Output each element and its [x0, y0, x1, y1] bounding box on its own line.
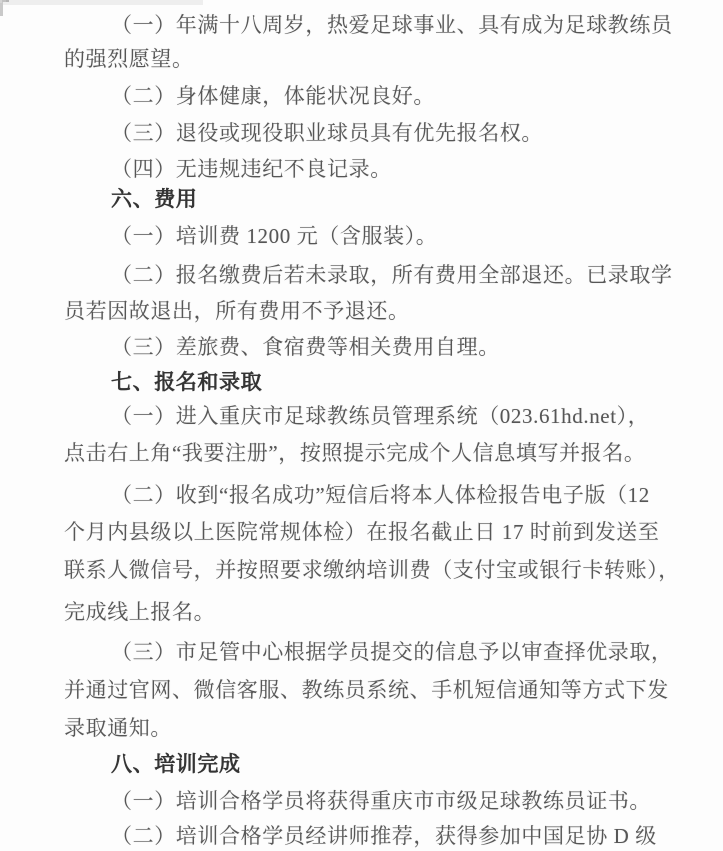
text-line-requirement-3: （三）退役或现役职业球员具有优先报名权。	[64, 115, 543, 151]
text-line-registration-1a: （一）进入重庆市足球教练员管理系统（023.61hd.net），	[64, 398, 649, 434]
section-heading-fees: 六、费用	[64, 182, 197, 218]
text-line-requirement-1a: （一）年满十八周岁，热爱足球事业、具有成为足球教练员	[64, 7, 673, 43]
text-line-registration-2c: 联系人微信号，并按照要求缴纳培训费（支付宝或银行卡转账），	[64, 552, 680, 588]
section-heading-registration: 七、报名和录取	[64, 365, 262, 401]
text-line-fee-2b: 员若因故退出，所有费用不予退还。	[64, 293, 410, 329]
text-line-registration-3c: 录取通知。	[64, 710, 172, 746]
text-line-registration-3a: （三）市足管中心根据学员提交的信息予以审查择优录取，	[64, 634, 673, 670]
text-line-fee-1: （一）培训费 1200 元（含服装）。	[64, 218, 437, 254]
text-line-registration-2b: 个月内县级以上医院常规体检）在报名截止日 17 时前到发送至	[64, 514, 660, 550]
text-line-requirement-1b: 的强烈愿望。	[64, 41, 194, 77]
document-text-block: （一）年满十八周岁，热爱足球事业、具有成为足球教练员 的强烈愿望。 （二）身体健…	[64, 0, 704, 851]
text-line-completion-2: （二）培训合格学员经讲师推荐，获得参加中国足协 D 级	[64, 818, 657, 851]
section-heading-completion: 八、培训完成	[64, 747, 241, 783]
text-line-fee-3: （三）差旅费、食宿费等相关费用自理。	[64, 329, 500, 365]
text-line-requirement-2: （二）身体健康，体能状况良好。	[64, 78, 435, 114]
scan-artifact-speck	[0, 0, 2, 3]
text-line-fee-2a: （二）报名缴费后若未录取，所有费用全部退还。已录取学	[64, 257, 673, 293]
text-line-completion-1: （一）培训合格学员将获得重庆市市级足球教练员证书。	[64, 783, 651, 819]
text-line-registration-3b: 并通过官网、微信客服、教练员系统、手机短信通知等方式下发	[64, 672, 669, 708]
text-line-registration-2a: （二）收到“报名成功”短信后将本人体检报告电子版（12	[64, 477, 650, 513]
text-line-registration-1b: 点击右上角“我要注册”，按照提示完成个人信息填写并报名。	[64, 435, 645, 471]
scanned-document-page: （一）年满十八周岁，热爱足球事业、具有成为足球教练员 的强烈愿望。 （二）身体健…	[0, 0, 723, 851]
text-line-registration-2d: 完成线上报名。	[64, 594, 215, 630]
